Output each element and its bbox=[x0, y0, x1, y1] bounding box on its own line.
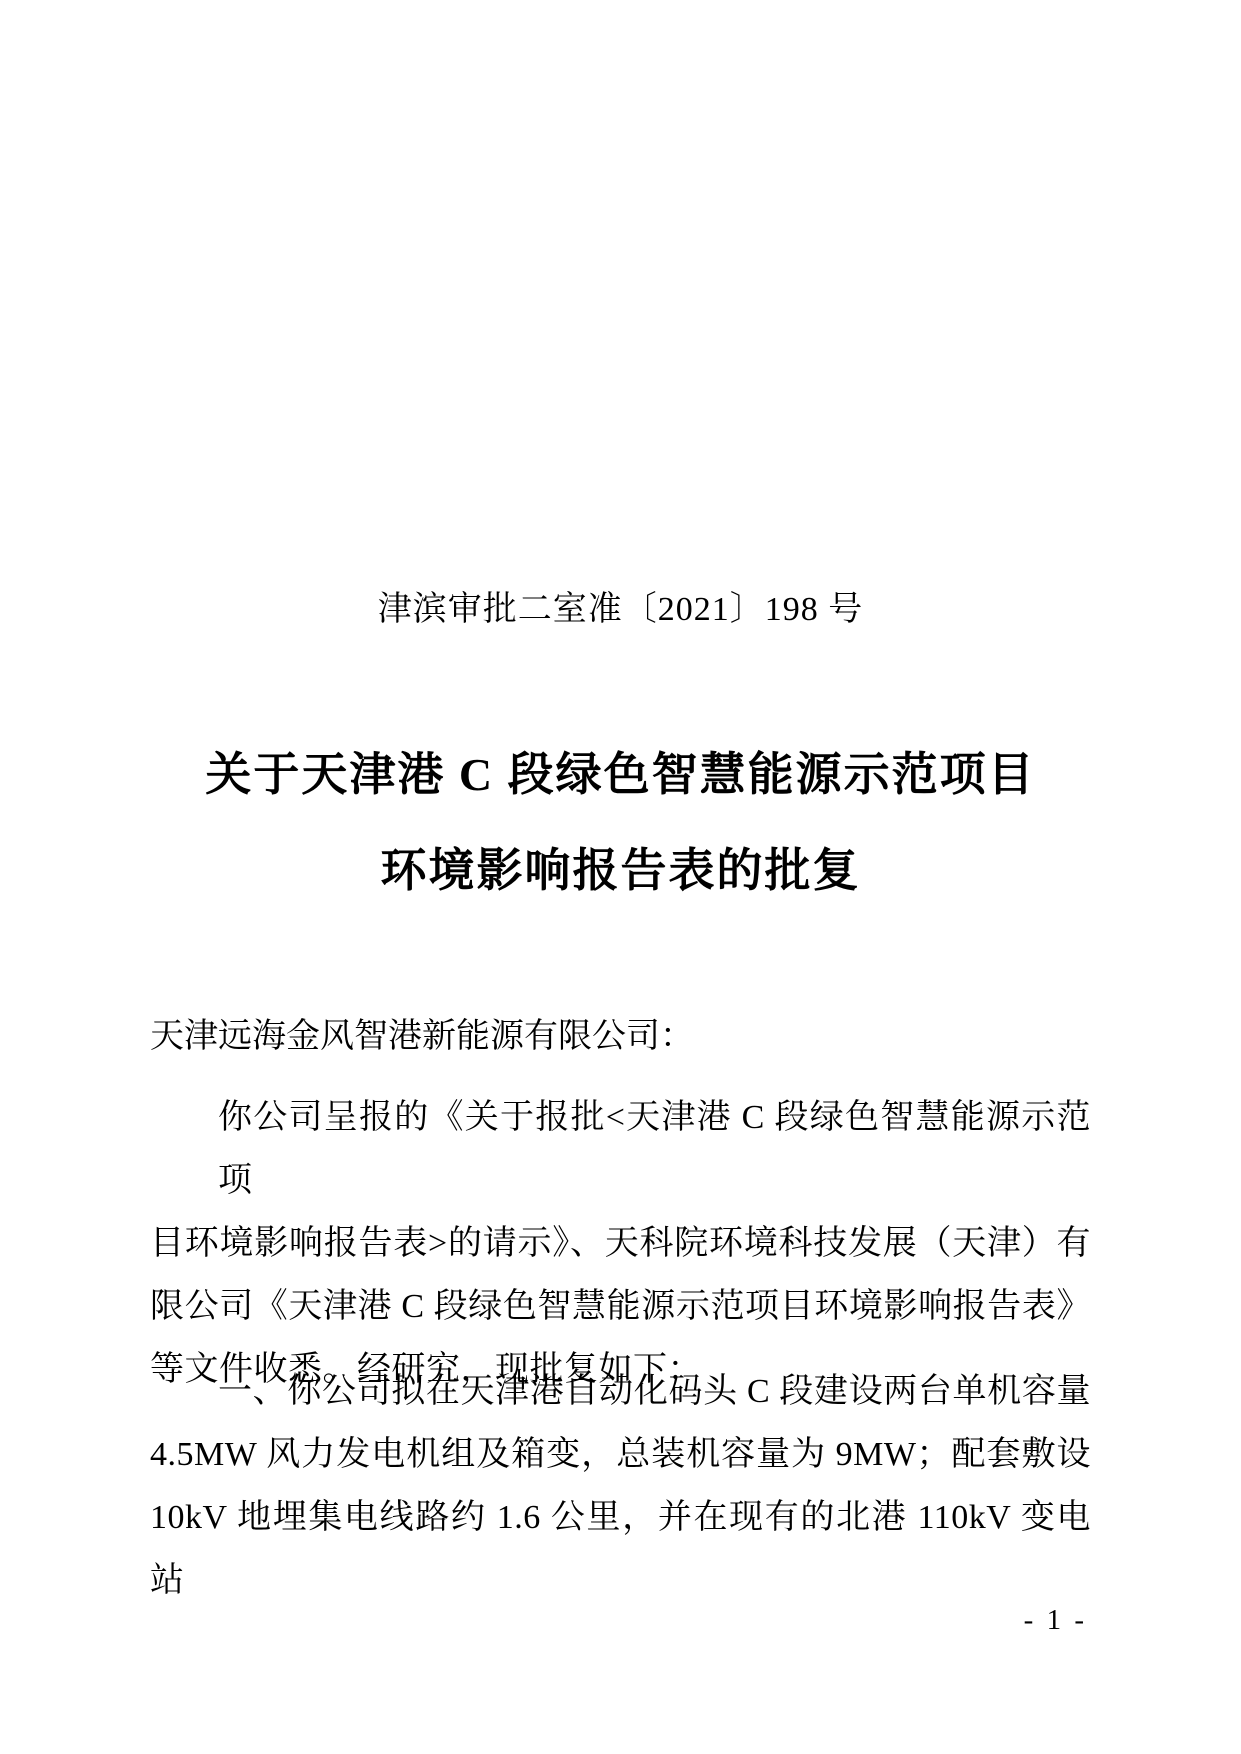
document-title-line2: 环境影响报告表的批复 bbox=[0, 823, 1241, 919]
body-line: 10kV 地埋集电线路约 1.6 公里，并在现有的北港 110kV 变电站 bbox=[150, 1486, 1091, 1612]
document-title-line1: 关于天津港 C 段绿色智慧能源示范项目 bbox=[0, 727, 1241, 823]
body-line: 一、你公司拟在天津港自动化码头 C 段建设两台单机容量 bbox=[150, 1360, 1091, 1423]
body-line: 目环境影响报告表>的请示》、天科院环境科技发展（天津）有 bbox=[150, 1212, 1091, 1275]
paragraph-1: 你公司呈报的《关于报批<天津港 C 段绿色智慧能源示范项 目环境影响报告表>的请… bbox=[150, 1086, 1091, 1401]
document-page: 津滨审批二室准〔2021〕198 号 关于天津港 C 段绿色智慧能源示范项目 环… bbox=[0, 0, 1241, 1754]
body-line: 限公司《天津港 C 段绿色智慧能源示范项目环境影响报告表》 bbox=[150, 1275, 1091, 1338]
addressee-line: 天津远海金风智港新能源有限公司： bbox=[150, 1005, 1091, 1068]
page-number: - 1 - bbox=[1024, 1603, 1087, 1637]
document-title: 关于天津港 C 段绿色智慧能源示范项目 环境影响报告表的批复 bbox=[0, 727, 1241, 919]
body-line: 4.5MW 风力发电机组及箱变，总装机容量为 9MW；配套敷设 bbox=[150, 1423, 1091, 1486]
paragraph-2: 一、你公司拟在天津港自动化码头 C 段建设两台单机容量 4.5MW 风力发电机组… bbox=[150, 1360, 1091, 1612]
body-line: 你公司呈报的《关于报批<天津港 C 段绿色智慧能源示范项 bbox=[150, 1086, 1091, 1212]
document-number: 津滨审批二室准〔2021〕198 号 bbox=[0, 591, 1241, 629]
